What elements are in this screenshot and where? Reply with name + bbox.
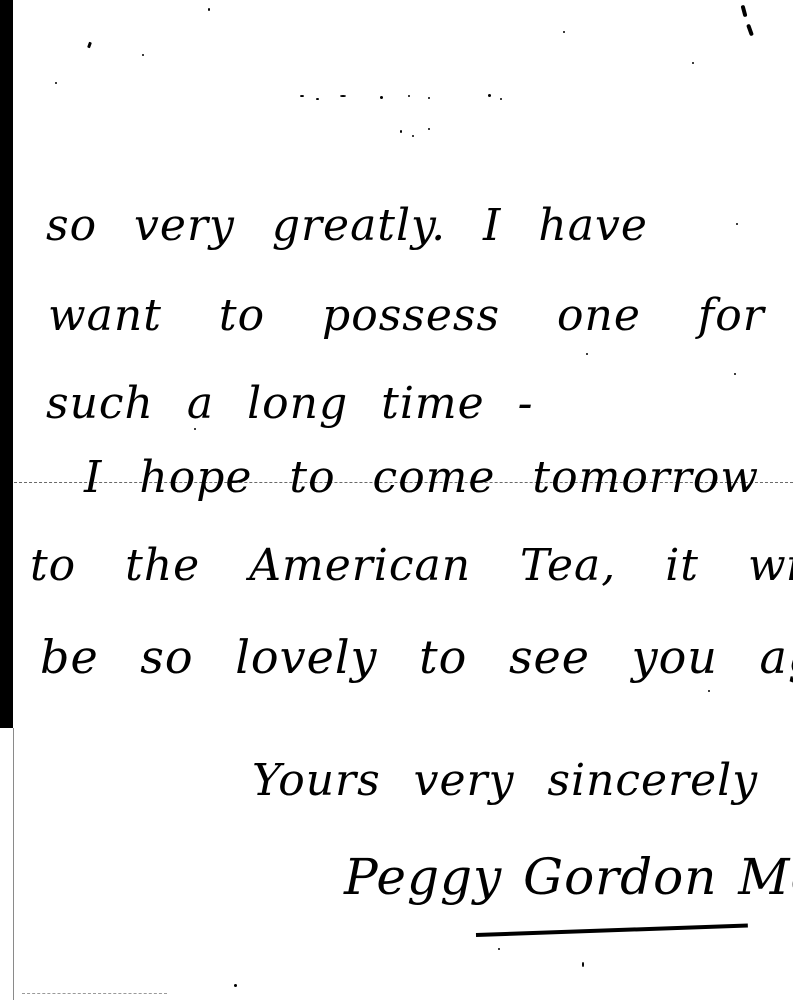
scan-speck bbox=[412, 135, 414, 137]
scan-edge-bar bbox=[0, 0, 13, 728]
scan-edge-line bbox=[13, 728, 14, 1000]
letter-closing: Yours very sincerely bbox=[252, 755, 758, 806]
scan-speck bbox=[234, 984, 237, 987]
letter-page: so very greatly. I have want to possess … bbox=[0, 0, 793, 1000]
scan-speck bbox=[708, 690, 710, 692]
letter-line: be so lovely to see you again - bbox=[40, 630, 793, 684]
scan-speck bbox=[142, 54, 144, 56]
letter-signature: Peggy Gordon Moore bbox=[344, 848, 793, 906]
scan-speck bbox=[408, 95, 410, 97]
scan-speck bbox=[734, 373, 736, 375]
scan-mark bbox=[741, 5, 748, 18]
scan-speck bbox=[488, 94, 491, 97]
scan-speck bbox=[87, 42, 92, 49]
scan-mark bbox=[746, 24, 754, 37]
scan-speck bbox=[428, 128, 430, 130]
scan-speck bbox=[563, 31, 565, 33]
scan-speck bbox=[380, 96, 383, 99]
scan-speck bbox=[692, 62, 694, 64]
scan-speck bbox=[428, 97, 430, 99]
scan-speck bbox=[400, 130, 402, 133]
letter-line: such a long time - bbox=[46, 378, 534, 429]
scan-speck bbox=[582, 962, 584, 967]
scan-speck bbox=[586, 353, 588, 355]
scan-speck bbox=[316, 98, 319, 100]
scan-speck bbox=[498, 948, 500, 950]
scan-bottom-dash bbox=[22, 993, 167, 994]
scan-speck bbox=[55, 82, 57, 84]
letter-line: I hope to come tomorrow bbox=[84, 452, 759, 503]
signature-underline bbox=[476, 924, 748, 937]
scan-speck bbox=[500, 98, 502, 100]
letter-line: to the American Tea, it will bbox=[30, 540, 793, 591]
scan-speck bbox=[736, 223, 738, 225]
letter-line: so very greatly. I have bbox=[46, 200, 648, 251]
letter-line: want to possess one for bbox=[48, 290, 765, 341]
scan-speck bbox=[300, 95, 304, 97]
scan-speck bbox=[340, 95, 346, 97]
scan-speck bbox=[208, 8, 210, 11]
